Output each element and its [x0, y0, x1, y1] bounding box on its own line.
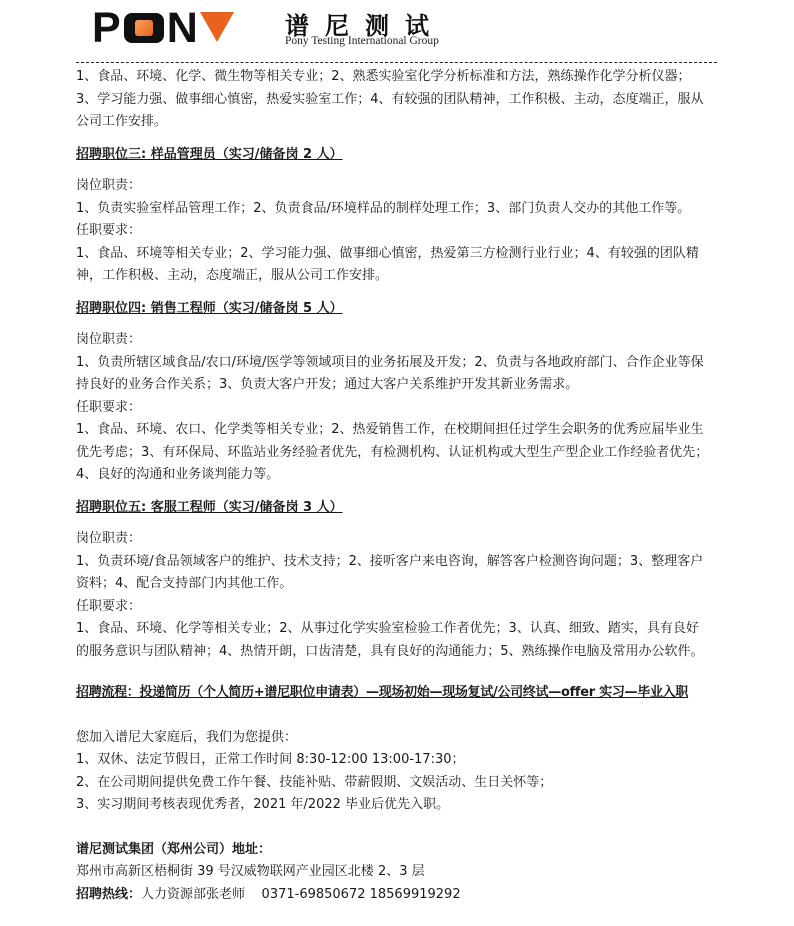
document-body: 1、食品、环境、化学、微生物等相关专业；2、熟悉实验室化学分析标准和方法，熟练操…	[76, 66, 720, 906]
hotline-label: 招聘热线：	[76, 887, 141, 902]
address-label: 谱尼测试集团（郑州公司）地址：	[76, 839, 720, 862]
position-section: 招聘职位五: 客服工程师（实习/储备岗 3 人） 岗位职责： 1、负责环境/食品…	[76, 497, 720, 664]
text-line: 公司工作安排。	[76, 111, 720, 134]
logo-letter-p: P	[92, 11, 121, 45]
page-header: P N 谱尼测试 Pony Testing International Grou…	[0, 0, 794, 62]
position-section: 招聘职位四: 销售工程师（实习/储备岗 5 人） 岗位职责： 1、负责所辖区域食…	[76, 298, 720, 487]
duty-line: 1、负责所辖区域食品/农口/环境/医学等领域项目的业务拓展及开发；2、负责与各地…	[76, 352, 720, 375]
benefit-item: 2、在公司期间提供免费工作午餐、技能补贴、带薪假期、文娱活动、生日关怀等；	[76, 772, 720, 795]
intro-requirements: 1、食品、环境、化学、微生物等相关专业；2、熟悉实验室化学分析标准和方法，熟练操…	[76, 66, 720, 134]
benefit-item: 1、双休、法定节假日，正常工作时间 8:30-12:00 13:00-17:30…	[76, 749, 720, 772]
company-en-name: Pony Testing International Group	[285, 35, 439, 47]
requirement-line: 神，工作积极、主动，态度端正，服从公司工作安排。	[76, 265, 720, 288]
hotline-row: 招聘热线：人力资源部张老师 0371-69850672 18569919292	[76, 884, 720, 907]
duty-line: 1、负责实验室样品管理工作；2、负责食品/环境样品的制样处理工作；3、部门负责人…	[76, 198, 720, 221]
pony-logo: P N	[92, 9, 234, 45]
duty-label: 岗位职责：	[76, 175, 720, 198]
logo-orange-triangle-icon	[200, 12, 234, 42]
requirement-line: 1、食品、环境等相关专业；2、学习能力强、做事细心慎密，热爱第三方检测行业行业；…	[76, 243, 720, 266]
duty-line: 1、负责环境/食品领域客户的维护、技术支持；2、接听客户来电咨询，解答客户检测咨…	[76, 551, 720, 574]
duty-label: 岗位职责：	[76, 528, 720, 551]
position-title: 招聘职位四: 销售工程师（实习/储备岗 5 人）	[76, 298, 720, 321]
position-title: 招聘职位三: 样品管理员（实习/储备岗 2 人）	[76, 144, 720, 167]
recruitment-process: 招聘流程：投递简历（个人简历+谱尼职位申请表）—现场初始—现场复试/公司终试—o…	[76, 682, 720, 705]
requirement-line: 1、食品、环境、农口、化学类等相关专业；2、热爱销售工作，在校期间担任过学生会职…	[76, 419, 720, 442]
contact-section: 谱尼测试集团（郑州公司）地址： 郑州市高新区梧桐街 39 号汉威物联网产业园区北…	[76, 839, 720, 907]
logo-orange-square-icon	[124, 13, 164, 43]
hotline-value: 人力资源部张老师 0371-69850672 18569919292	[141, 887, 461, 902]
requirement-line: 4、良好的沟通和业务谈判能力等。	[76, 464, 720, 487]
text-line: 1、食品、环境、化学、微生物等相关专业；2、熟悉实验室化学分析标准和方法，熟练操…	[76, 66, 720, 89]
position-title: 招聘职位五: 客服工程师（实习/储备岗 3 人）	[76, 497, 720, 520]
requirement-line: 的服务意识与团队精神；4、热情开朗，口齿清楚，具有良好的沟通能力；5、熟练操作电…	[76, 641, 720, 664]
requirement-label: 任职要求：	[76, 397, 720, 420]
duty-label: 岗位职责：	[76, 329, 720, 352]
requirement-line: 优先考虑；3、有环保局、环监站业务经验者优先，有检测机构、认证机构或大型生产型企…	[76, 442, 720, 465]
benefits-intro: 您加入谱尼大家庭后，我们为您提供：	[76, 727, 720, 750]
duty-line: 持良好的业务合作关系；3、负责大客户开发；通过大客户关系维护开发其新业务需求。	[76, 374, 720, 397]
benefits-section: 您加入谱尼大家庭后，我们为您提供： 1、双休、法定节假日，正常工作时间 8:30…	[76, 727, 720, 817]
header-divider	[76, 62, 717, 63]
benefit-item: 3、实习期间考核表现优秀者，2021 年/2022 毕业后优先入职。	[76, 794, 720, 817]
duty-line: 资料；4、配合支持部门内其他工作。	[76, 573, 720, 596]
logo-letter-n: N	[167, 11, 198, 45]
text-line: 3、学习能力强、做事细心慎密，热爱实验室工作；4、有较强的团队精神，工作积极、主…	[76, 89, 720, 112]
address-text: 郑州市高新区梧桐街 39 号汉威物联网产业园区北楼 2、3 层	[76, 861, 720, 884]
requirement-line: 1、食品、环境、化学等相关专业；2、从事过化学实验室检验工作者优先；3、认真、细…	[76, 618, 720, 641]
position-section: 招聘职位三: 样品管理员（实习/储备岗 2 人） 岗位职责： 1、负责实验室样品…	[76, 144, 720, 288]
requirement-label: 任职要求：	[76, 596, 720, 619]
requirement-label: 任职要求：	[76, 220, 720, 243]
